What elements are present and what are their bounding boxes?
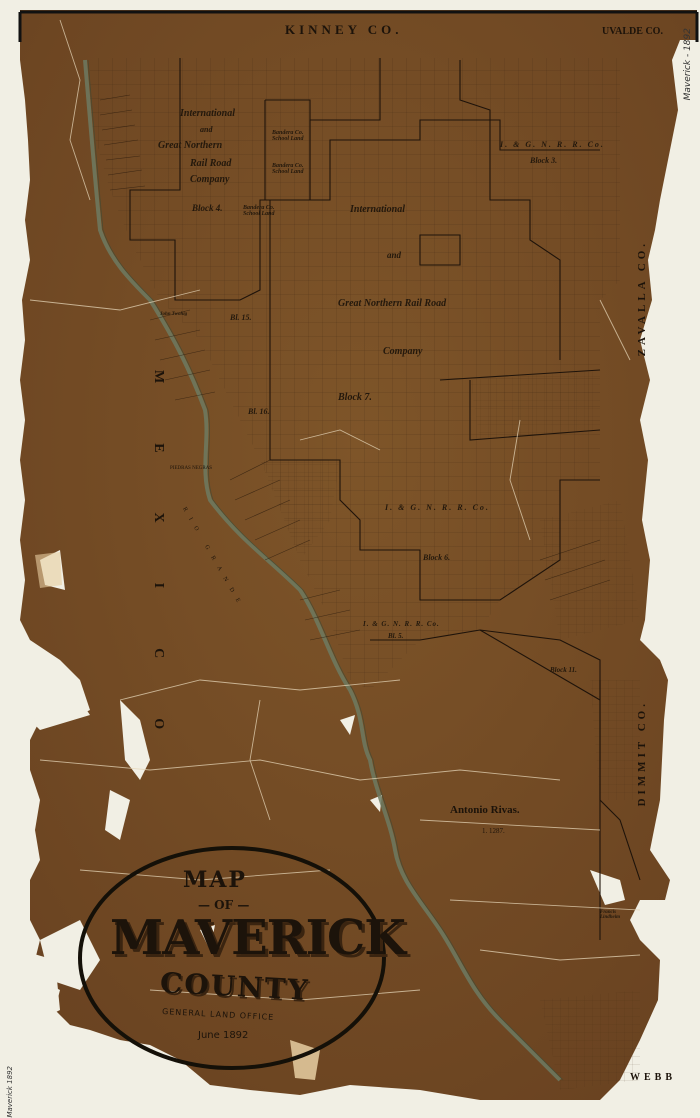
annotation-top-right: Maverick - 1892 <box>683 28 693 100</box>
label-ign-c-3: Great Northern Rail Road <box>338 298 446 309</box>
label-ign-nw-4: Rail Road <box>190 158 231 169</box>
label-ign-ne: I. & G. N. R. R. Co. <box>500 140 605 149</box>
label-ign-nw-5: Company <box>190 174 229 185</box>
title-maverick: MAVERICK <box>110 910 405 966</box>
title-map: MAP <box>183 867 247 893</box>
label-ign-c-1: International <box>350 204 405 215</box>
label-ign-nw-2: and <box>200 125 212 134</box>
label-block-6: Block 6. <box>423 553 450 562</box>
title-date: June 1892 <box>198 1030 248 1041</box>
label-antonio-rivas: Antonio Rivas. <box>450 804 520 816</box>
label-bandera-3: Bandera Co. School Land <box>243 205 283 217</box>
label-bl-5: Bl. 5. <box>388 632 403 640</box>
label-bl-15: Bl. 15. <box>230 313 252 322</box>
label-francis-lindheim: Francis Lindheim <box>600 910 630 920</box>
label-john-twohig: John Twohig <box>160 312 187 317</box>
label-block-3: Block 3. <box>530 156 557 165</box>
border-label-mexico: MEXICO <box>150 370 166 790</box>
label-ign-nw-3: Great Northern <box>158 140 222 151</box>
label-block-7: Block 7. <box>338 392 372 403</box>
border-label-webb: WEBB <box>630 1072 676 1083</box>
label-block-4: Block 4. <box>192 203 223 213</box>
label-ign-se: I. & G. N. R. R. Co. <box>385 503 490 512</box>
annotation-bottom-left: Maverick 1892 <box>6 1066 14 1118</box>
border-label-dimmit: DIMMIT CO. <box>636 700 648 806</box>
label-piedras-negras: PIEDRAS NEGRAS <box>170 466 212 471</box>
label-ign-c-4: Company <box>383 346 422 357</box>
label-ign-nw-1: International <box>180 108 235 119</box>
border-label-kinney: KINNEY CO. <box>285 22 403 38</box>
label-abstract-number: 1. 1287. <box>482 827 505 835</box>
label-ign-s: I. & G. N. R. R. Co. <box>363 620 440 628</box>
label-bandera-2: Bandera Co. School Land <box>272 163 312 175</box>
label-ign-c-2: and <box>387 250 401 260</box>
label-bl-16: Bl. 16. <box>248 407 270 416</box>
label-bandera-1: Bandera Co. School Land <box>272 130 312 142</box>
border-label-uvalde: UVALDE CO. <box>602 26 663 37</box>
border-label-zavalla: ZAVALLA CO. <box>636 240 648 356</box>
label-block-11: Block 11. <box>550 666 577 674</box>
